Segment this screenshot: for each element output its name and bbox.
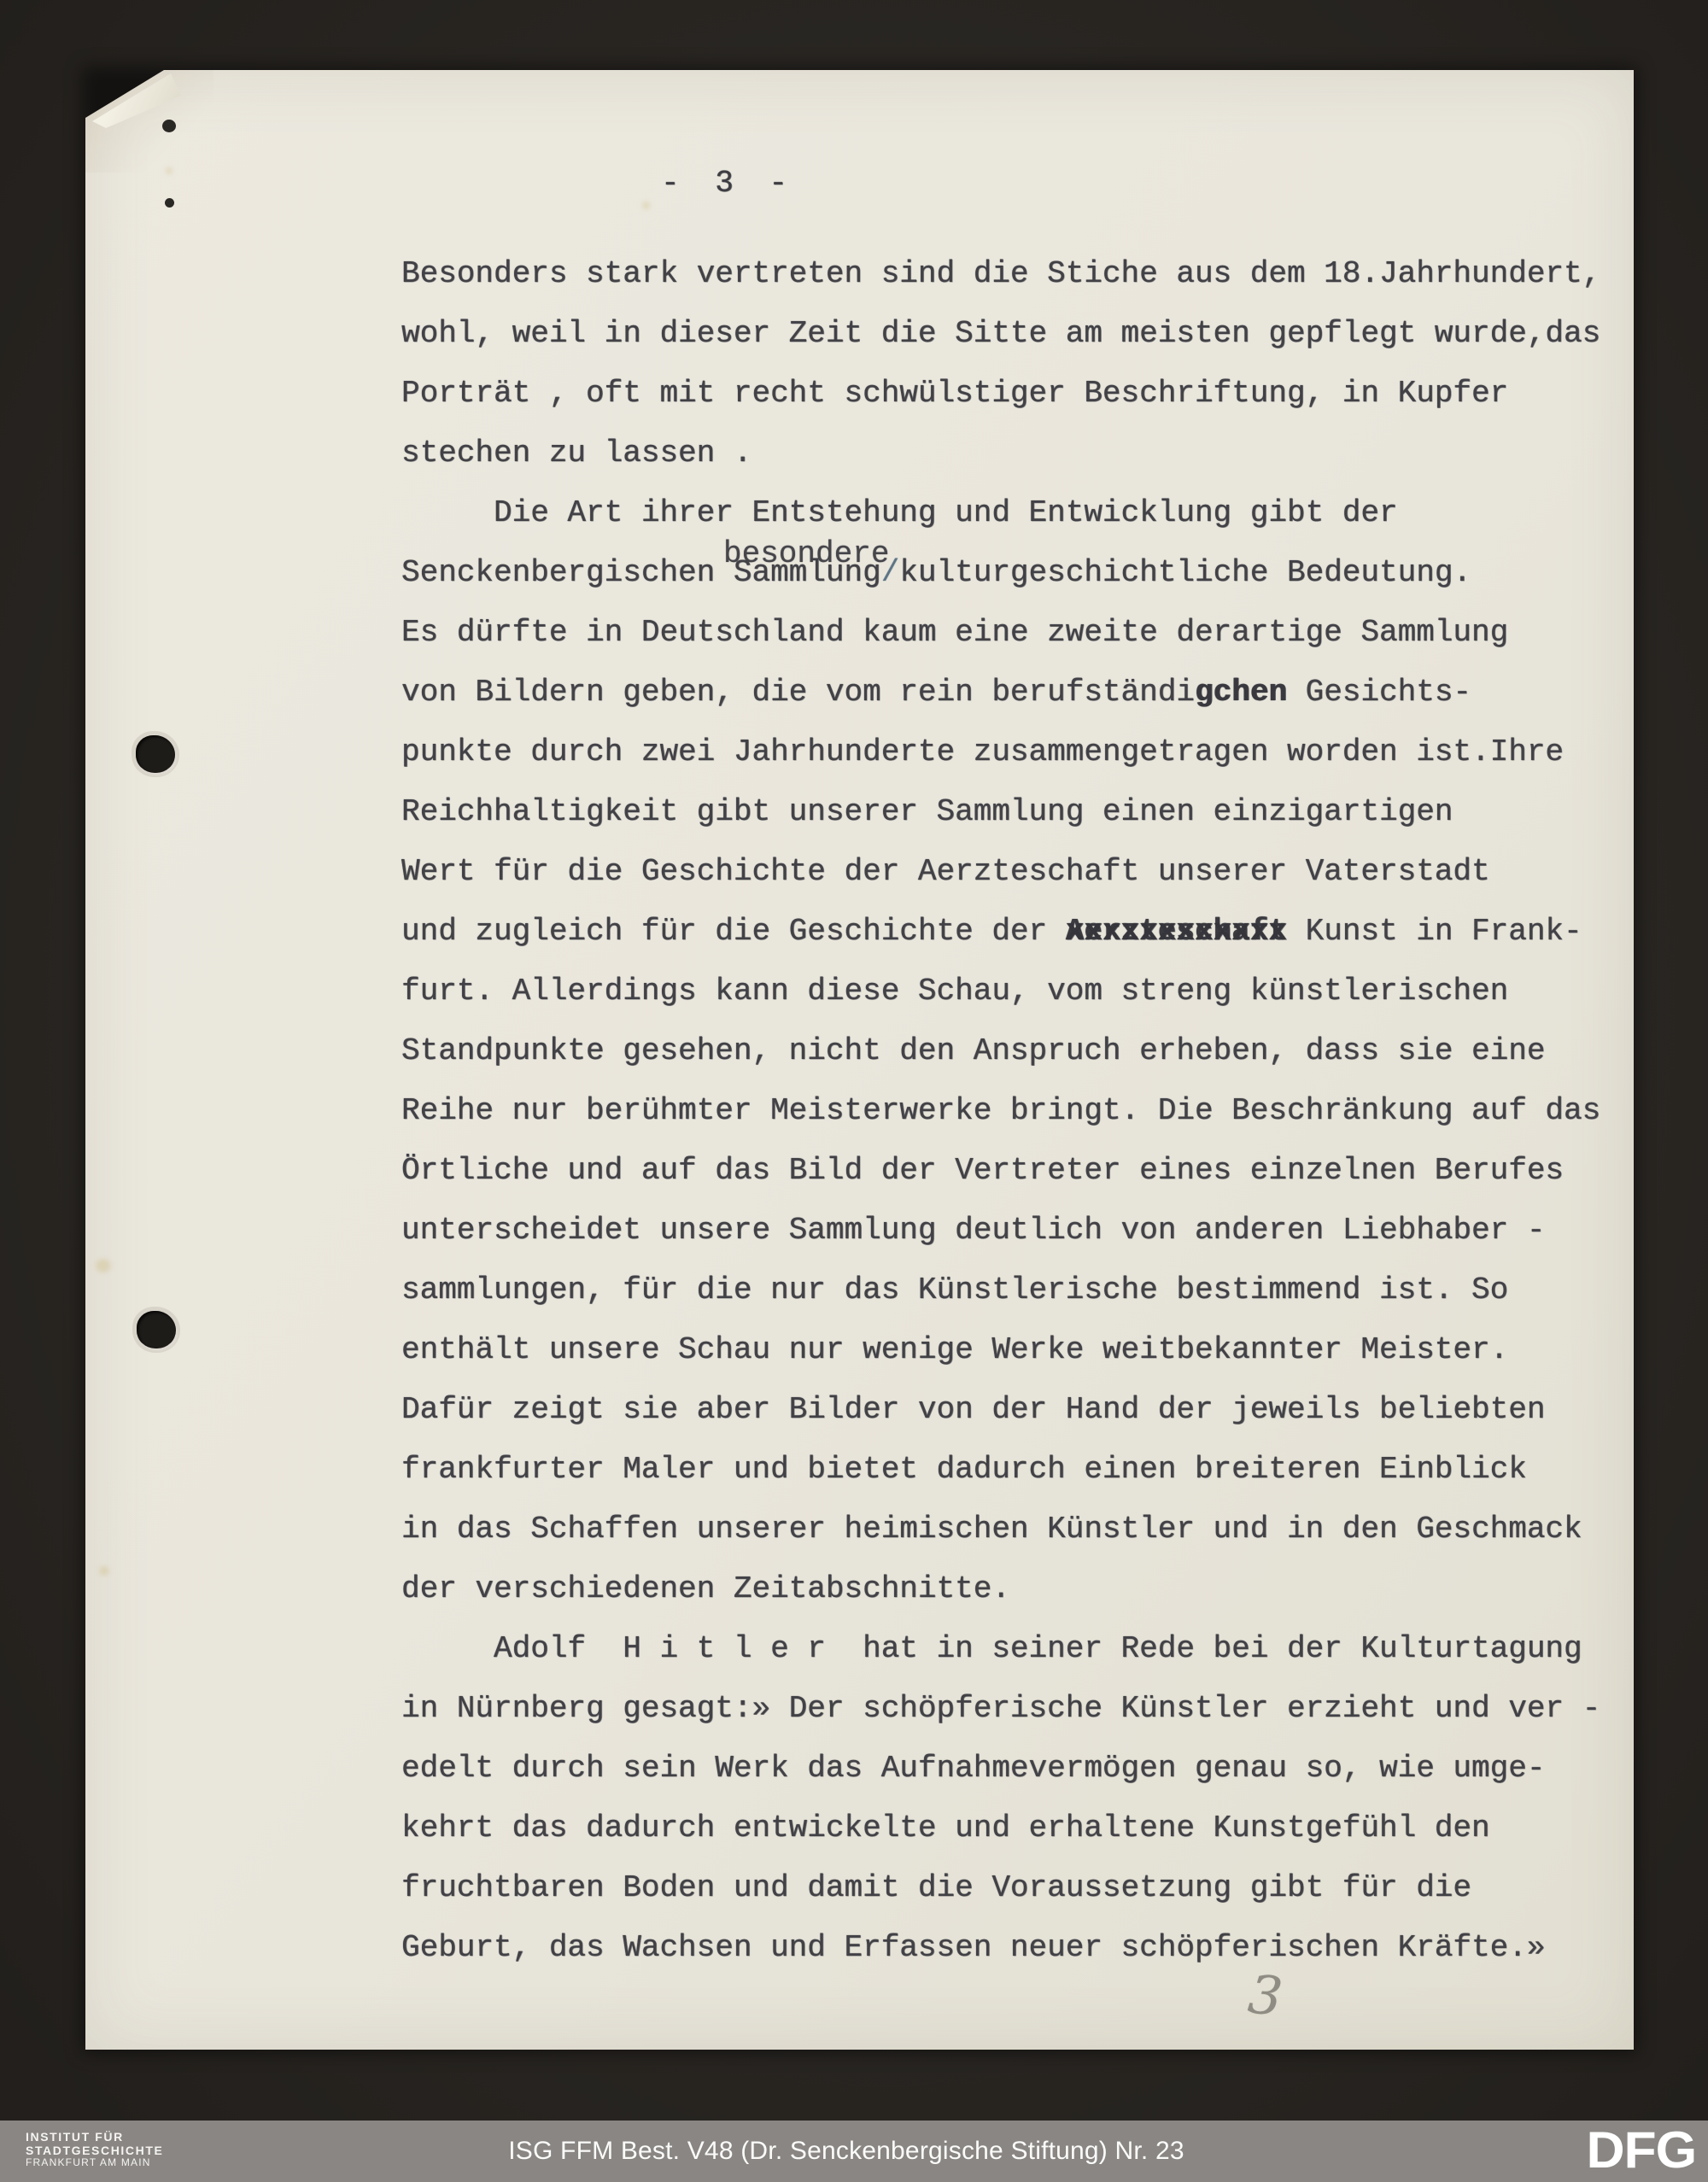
- typed-segment: unterscheidet unsere Sammlung deutlich v…: [401, 1213, 1545, 1248]
- typed-line: in Nürnberg gesagt:» Der schöpferische K…: [401, 1679, 1699, 1739]
- typed-line: Örtliche und auf das Bild der Vertreter …: [401, 1141, 1699, 1201]
- typed-segment: in Nürnberg gesagt:» Der schöpferische K…: [401, 1691, 1600, 1726]
- typed-line: Adolf H i t l e r hat in seiner Rede bei…: [401, 1619, 1699, 1679]
- typed-line: Die Art ihrer Entstehung und Entwicklung…: [401, 483, 1699, 543]
- typed-segment: von Bildern geben, die vom rein berufstä…: [401, 675, 1195, 710]
- typed-segment: der verschiedenen Zeitabschnitte.: [401, 1571, 1010, 1606]
- typed-line: kehrt das dadurch entwickelte und erhalt…: [401, 1799, 1699, 1858]
- document-page: - 3 - besondere Besonders stark vertrete…: [85, 70, 1634, 2050]
- typed-segment: Dafür zeigt sie aber Bilder von der Hand…: [401, 1392, 1545, 1427]
- ink-speck: [165, 198, 174, 208]
- typed-line: Porträt , oft mit recht schwülstiger Bes…: [401, 364, 1699, 424]
- typed-segment: Porträt , oft mit recht schwülstiger Bes…: [401, 376, 1508, 411]
- typed-segment: frankfurter Maler und bietet dadurch ein…: [401, 1452, 1527, 1487]
- archival-reference-caption: ISG FFM Best. V48 (Dr. Senckenbergische …: [508, 2137, 1184, 2166]
- typed-line: fruchtbaren Boden und damit die Vorausse…: [401, 1858, 1699, 1918]
- typed-line: frankfurter Maler und bietet dadurch ein…: [401, 1440, 1699, 1500]
- typed-line: Besonders stark vertreten sind die Stich…: [401, 244, 1699, 304]
- typed-line: der verschiedenen Zeitabschnitte.: [401, 1559, 1699, 1619]
- typed-segment: Standpunkte gesehen, nicht den Anspruch …: [401, 1033, 1545, 1068]
- typed-segment: Gesichts-: [1287, 675, 1471, 710]
- punch-hole: [137, 1311, 176, 1348]
- typed-segment: Örtliche und auf das Bild der Vertreter …: [401, 1153, 1564, 1188]
- typed-segment: Reihe nur berühmter Meisterwerke bringt.…: [401, 1093, 1600, 1128]
- typed-segment: Es dürfte in Deutschland kaum eine zweit…: [401, 615, 1508, 650]
- typed-segment: edelt durch sein Werk das Aufnahmevermög…: [401, 1751, 1545, 1786]
- typed-segment: Besonders stark vertreten sind die Stich…: [401, 256, 1600, 291]
- paper-stain: [166, 167, 173, 174]
- typed-line: sammlungen, für die nur das Künstlerisch…: [401, 1261, 1699, 1320]
- paper-stain: [96, 1259, 111, 1272]
- typed-segment: in das Schaffen unserer heimischen Künst…: [401, 1512, 1582, 1547]
- typed-line: Reihe nur berühmter Meisterwerke bringt.…: [401, 1081, 1699, 1141]
- overstruck-word: Aerzteschaftxxxxxxxxxxxx: [1066, 902, 1287, 962]
- typed-segment: Kunst in Frank-: [1287, 914, 1582, 949]
- typed-line: punkte durch zwei Jahrhunderte zusammeng…: [401, 722, 1699, 782]
- typed-line: edelt durch sein Werk das Aufnahmevermög…: [401, 1739, 1699, 1799]
- paper-stain: [642, 202, 650, 209]
- typed-segment: und zugleich für die Geschichte der: [401, 914, 1066, 949]
- typed-line: von Bildern geben, die vom rein berufstä…: [401, 663, 1699, 722]
- typed-segment: kehrt das dadurch entwickelte und erhalt…: [401, 1811, 1490, 1846]
- typed-segment: enthält unsere Schau nur wenige Werke we…: [401, 1332, 1508, 1367]
- typed-segment-overtype: gchen: [1195, 675, 1287, 710]
- typed-line: Standpunkte gesehen, nicht den Anspruch …: [401, 1021, 1699, 1081]
- typed-segment: fruchtbaren Boden und damit die Vorausse…: [401, 1870, 1471, 1905]
- typed-line: Wert für die Geschichte der Aerzteschaft…: [401, 842, 1699, 902]
- typed-segment: wohl, weil in dieser Zeit die Sitte am m…: [401, 316, 1600, 351]
- institute-name-line1: INSTITUT FÜR: [26, 2131, 163, 2144]
- typed-line: Geburt, das Wachsen und Erfassen neuer s…: [401, 1918, 1699, 1978]
- typed-segment: stechen zu lassen .: [401, 436, 752, 471]
- scan-viewer: - 3 - besondere Besonders stark vertrete…: [0, 0, 1708, 2182]
- paper-stain: [99, 1566, 109, 1576]
- ink-speck: [162, 120, 176, 132]
- strikeout-x-marks: xxxxxxxxxxxx: [1066, 902, 1287, 962]
- archive-footer-bar: INSTITUT FÜR STADTGESCHICHTE FRANKFURT A…: [0, 2121, 1708, 2182]
- typed-segment: Die Art ihrer Entstehung und Entwicklung…: [401, 495, 1398, 530]
- typed-segment: Wert für die Geschichte der Aerzteschaft…: [401, 854, 1490, 889]
- typed-segment: Geburt, das Wachsen und Erfassen neuer s…: [401, 1930, 1545, 1965]
- typed-text-block: Besonders stark vertreten sind die Stich…: [401, 244, 1699, 1978]
- typed-line: Reichhaltigkeit gibt unserer Sammlung ei…: [401, 782, 1699, 842]
- typed-line: furt. Allerdings kann diese Schau, vom s…: [401, 962, 1699, 1021]
- institute-name-line2: STADTGESCHICHTE: [26, 2144, 163, 2158]
- typed-line: Senckenbergischen Sammlung/kulturgeschic…: [401, 543, 1699, 603]
- typed-segment: Reichhaltigkeit gibt unserer Sammlung ei…: [401, 794, 1453, 829]
- typed-line: Es dürfte in Deutschland kaum eine zweit…: [401, 603, 1699, 663]
- typed-line: unterscheidet unsere Sammlung deutlich v…: [401, 1201, 1699, 1261]
- typed-segment: furt. Allerdings kann diese Schau, vom s…: [401, 974, 1508, 1009]
- page-number: - 3 -: [661, 159, 796, 208]
- typed-line: in das Schaffen unserer heimischen Künst…: [401, 1500, 1699, 1559]
- handwritten-page-number: 3: [1245, 1963, 1285, 2028]
- typed-segment-insmark: /: [881, 555, 900, 590]
- typed-line: und zugleich für die Geschichte der Aerz…: [401, 902, 1699, 962]
- typed-line: stechen zu lassen .: [401, 424, 1699, 483]
- typed-segment: sammlungen, für die nur das Künstlerisch…: [401, 1272, 1508, 1307]
- typed-line: enthält unsere Schau nur wenige Werke we…: [401, 1320, 1699, 1380]
- typed-segment: punkte durch zwei Jahrhunderte zusammeng…: [401, 734, 1564, 769]
- typed-segment: Adolf H i t l e r hat in seiner Rede bei…: [401, 1631, 1582, 1666]
- punch-hole: [136, 735, 175, 773]
- institute-logo: INSTITUT FÜR STADTGESCHICHTE FRANKFURT A…: [26, 2131, 163, 2169]
- typed-segment: kulturgeschichtliche Bedeutung.: [899, 555, 1471, 590]
- typed-line: wohl, weil in dieser Zeit die Sitte am m…: [401, 304, 1699, 364]
- typed-segment: Senckenbergischen Sammlung: [401, 555, 881, 590]
- institute-name-line3: FRANKFURT AM MAIN: [26, 2157, 163, 2168]
- dfg-logo: DFG: [1587, 2121, 1697, 2179]
- typed-line: Dafür zeigt sie aber Bilder von der Hand…: [401, 1380, 1699, 1440]
